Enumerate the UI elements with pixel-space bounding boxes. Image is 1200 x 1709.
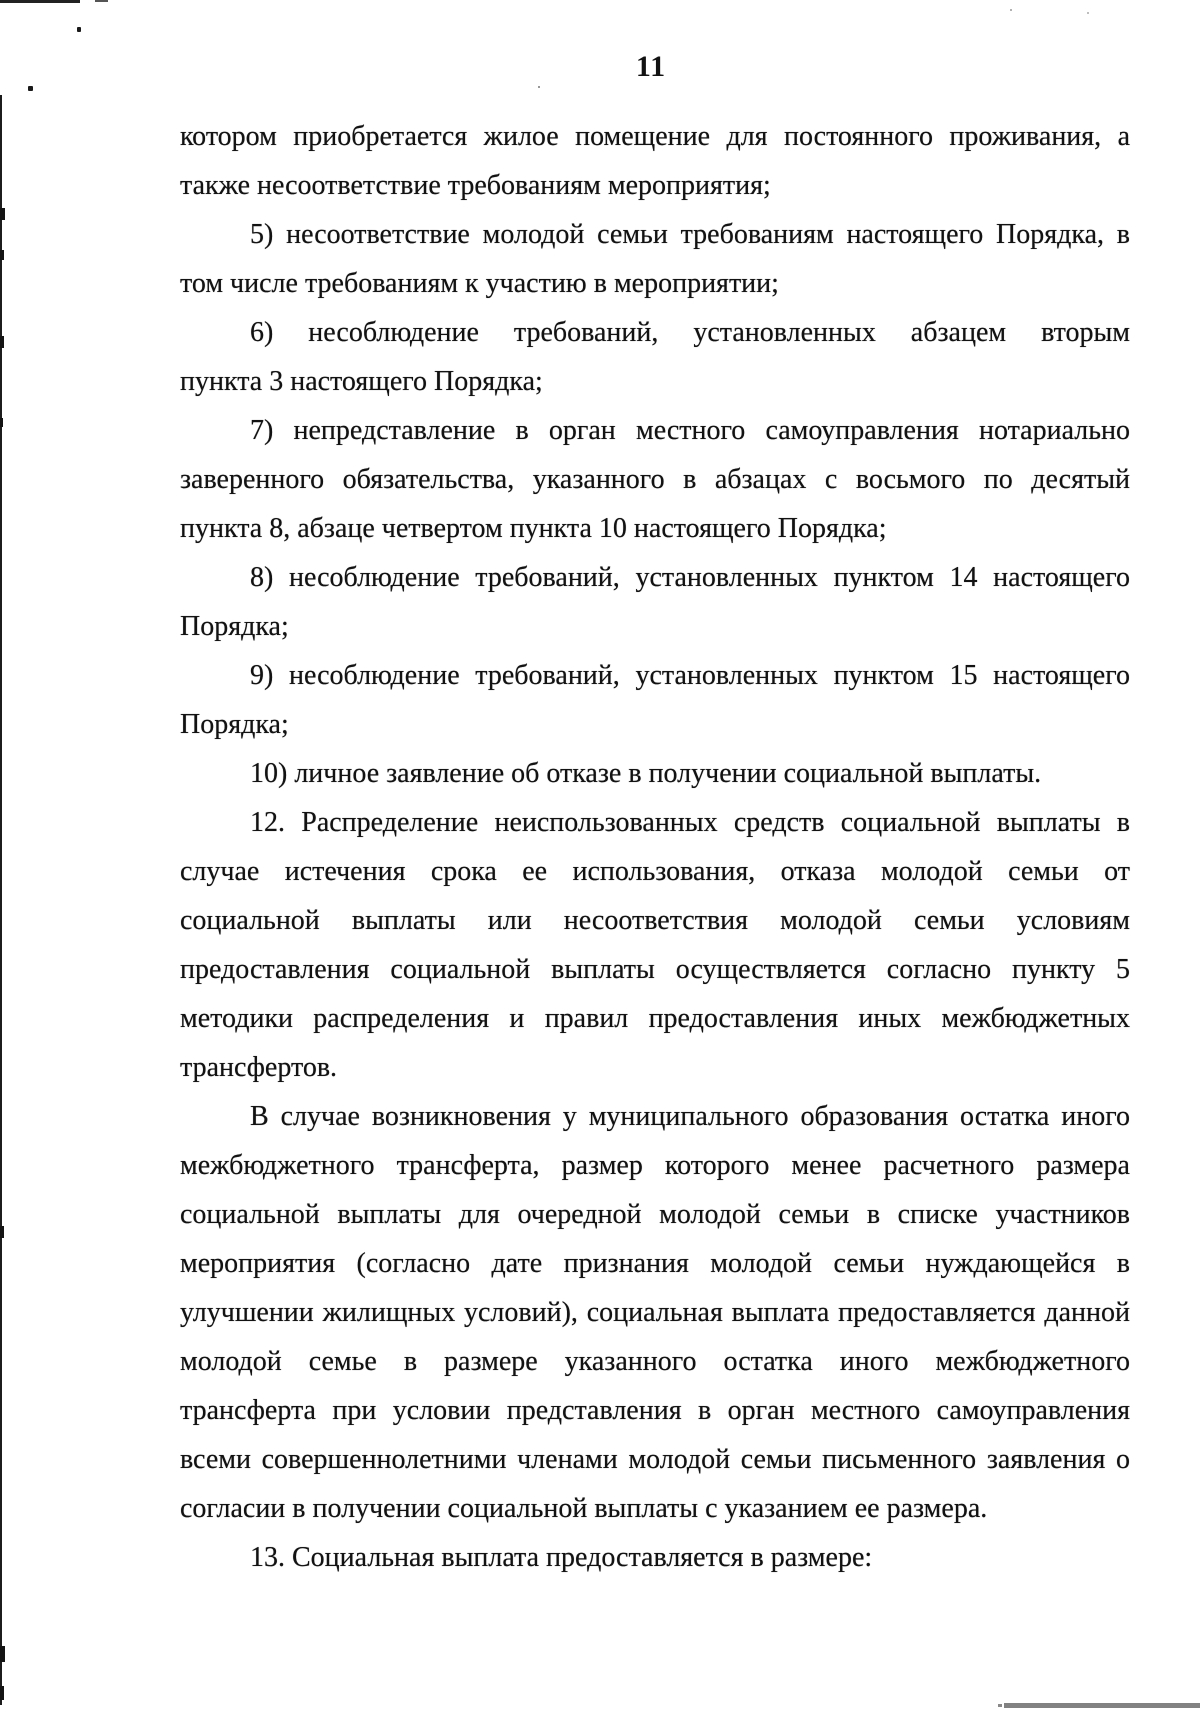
paragraph: 13. Социальная выплата предоставляется в… [180,1533,1130,1582]
text-line: всеми совершеннолетними членами молодой … [180,1435,1130,1484]
paragraph: 6) несоблюдение требований, установленны… [180,308,1130,406]
scan-artifact-blob [0,418,3,427]
scan-artifact-bottom-bar [1004,1703,1200,1708]
text-line: 13. Социальная выплата предоставляется в… [180,1533,1130,1582]
text-line: улучшении жилищных условий), социальная … [180,1288,1130,1337]
scan-artifact-blob [0,1226,4,1238]
text-line: случае истечения срока ее использования,… [180,847,1130,896]
text-line: межбюджетного трансферта, размер которог… [180,1141,1130,1190]
text-line: 9) несоблюдение требований, установленны… [180,651,1130,700]
text-line: пункта 3 настоящего Порядка; [180,357,1130,406]
text-line: заверенного обязательства, указанного в … [180,455,1130,504]
text-line: Порядка; [180,602,1130,651]
text-line: 7) непредставление в орган местного само… [180,406,1130,455]
paragraph: В случае возникновения у муниципального … [180,1092,1130,1533]
text-line: 8) несоблюдение требований, установленны… [180,553,1130,602]
paragraph: 5) несоответствие молодой семьи требован… [180,210,1130,308]
document-body: котором приобретается жилое помещение дл… [180,112,1130,1582]
text-line: пункта 8, абзаце четвертом пункта 10 нас… [180,504,1130,553]
text-line: методики распределения и правил предоста… [180,994,1130,1043]
text-line: том числе требованиям к участию в меропр… [180,259,1130,308]
text-line: согласии в получении социальной выплаты … [180,1484,1130,1533]
scan-artifact-blob [0,1686,4,1700]
paragraph: 12. Распределение неиспользованных средс… [180,798,1130,1092]
scan-artifact-blob [0,336,4,348]
text-line: трансфертов. [180,1043,1130,1092]
text-line: 12. Распределение неиспользованных средс… [180,798,1130,847]
scan-artifact-dot [1010,9,1012,11]
scan-artifact-dot [77,27,81,32]
text-line: также несоответствие требованиям меропри… [180,161,1130,210]
scan-artifact-top-line [95,0,108,2]
text-line: котором приобретается жилое помещение дл… [180,112,1130,161]
page-number: 11 [0,50,1200,84]
scanned-document-page: 11 котором приобретается жилое помещение… [0,0,1200,1709]
text-line: 6) несоблюдение требований, установленны… [180,308,1130,357]
scan-artifact-blob [0,208,5,220]
text-line: трансферта при условии представления в о… [180,1386,1130,1435]
text-line: Порядка; [180,700,1130,749]
scan-artifact-dot [538,86,540,88]
scan-artifact-dot [1087,12,1089,14]
scan-artifact-top-line [0,0,80,3]
paragraph: 9) несоблюдение требований, установленны… [180,651,1130,749]
text-line: социальной выплаты или несоответствия мо… [180,896,1130,945]
text-line: В случае возникновения у муниципального … [180,1092,1130,1141]
text-line: мероприятия (согласно дате признания мол… [180,1239,1130,1288]
text-line: предоставления социальной выплаты осущес… [180,945,1130,994]
text-line: 5) несоответствие молодой семьи требован… [180,210,1130,259]
paragraph: 7) непредставление в орган местного само… [180,406,1130,553]
text-line: молодой семье в размере указанного остат… [180,1337,1130,1386]
scan-artifact-blob [0,250,4,260]
paragraph: котором приобретается жилое помещение дл… [180,112,1130,210]
scan-artifact-dot [28,86,33,91]
paragraph: 8) несоблюдение требований, установленны… [180,553,1130,651]
text-line: 10) личное заявление об отказе в получен… [180,749,1130,798]
scan-artifact-blob [0,1646,5,1662]
paragraph: 10) личное заявление об отказе в получен… [180,749,1130,798]
scan-artifact-dot [998,1704,1002,1707]
text-line: социальной выплаты для очередной молодой… [180,1190,1130,1239]
